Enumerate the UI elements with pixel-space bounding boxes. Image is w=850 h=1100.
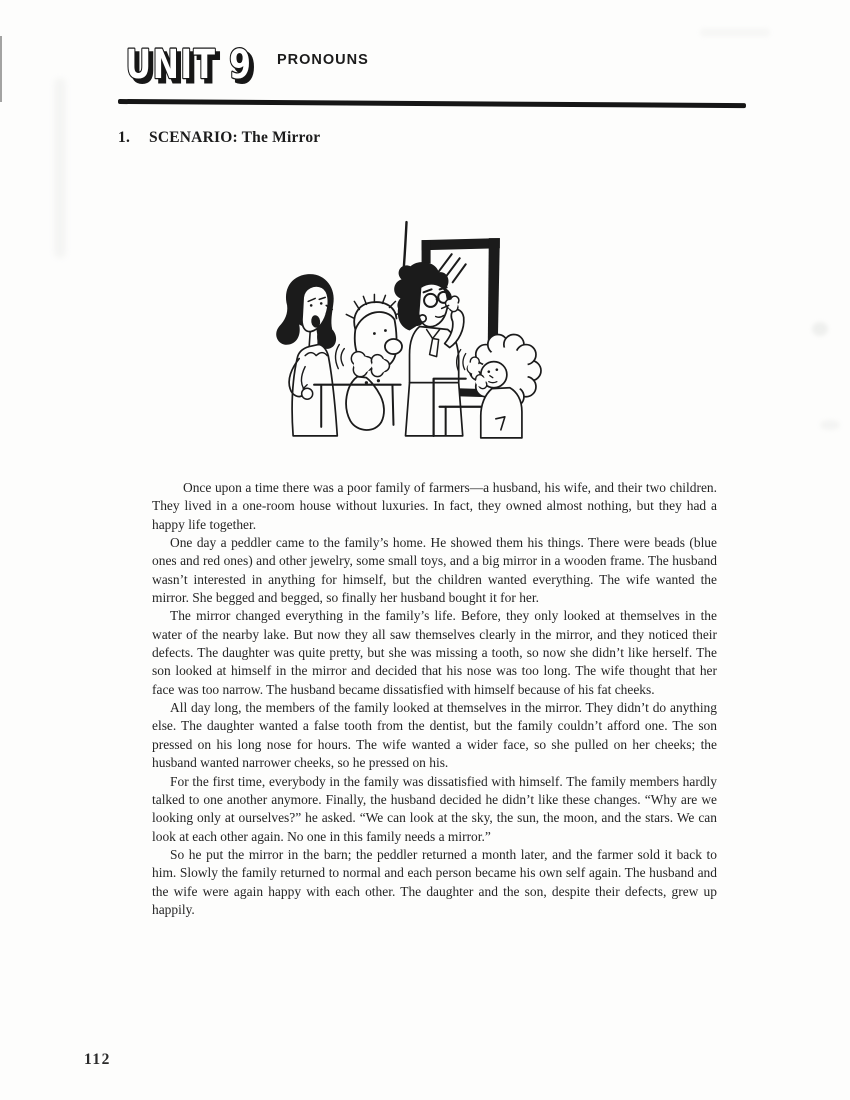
wife-figure [394,262,464,436]
story-paragraph: For the first time, everybody in the fam… [152,773,717,846]
scan-artifact [820,420,840,430]
mirror-cartoon-illustration [258,217,545,444]
son-figure [336,294,405,430]
section-heading: 1. SCENARIO: The Mirror [118,129,320,147]
story-paragraph: All day long, the members of the family … [152,699,717,772]
page-number: 112 [84,1051,111,1069]
header-rule [118,99,746,108]
child-figure [457,335,541,438]
section-title: SCENARIO: The Mirror [149,129,320,147]
scan-artifact [700,28,770,37]
story-paragraph: The mirror changed everything in the fam… [152,607,717,699]
story-paragraph: So he put the mirror in the barn; the pe… [152,846,717,919]
unit-logo-text: UNIT 9 [126,42,253,88]
section-number: 1. [118,129,130,147]
scan-artifact [54,78,66,258]
scan-artifact [0,36,2,102]
scan-artifact [812,322,828,336]
unit-topic-label: PRONOUNS [277,52,369,68]
textbook-page: UNIT 9 UNIT 9 PRONOUNS 1. SCENARIO: The … [0,0,850,1100]
story-paragraph: One day a peddler came to the family’s h… [152,534,717,607]
unit-logo: UNIT 9 UNIT 9 [124,40,262,94]
mother-left-figure [276,274,337,436]
story-paragraph: Once upon a time there was a poor family… [152,479,717,534]
story-text: Once upon a time there was a poor family… [152,479,717,919]
